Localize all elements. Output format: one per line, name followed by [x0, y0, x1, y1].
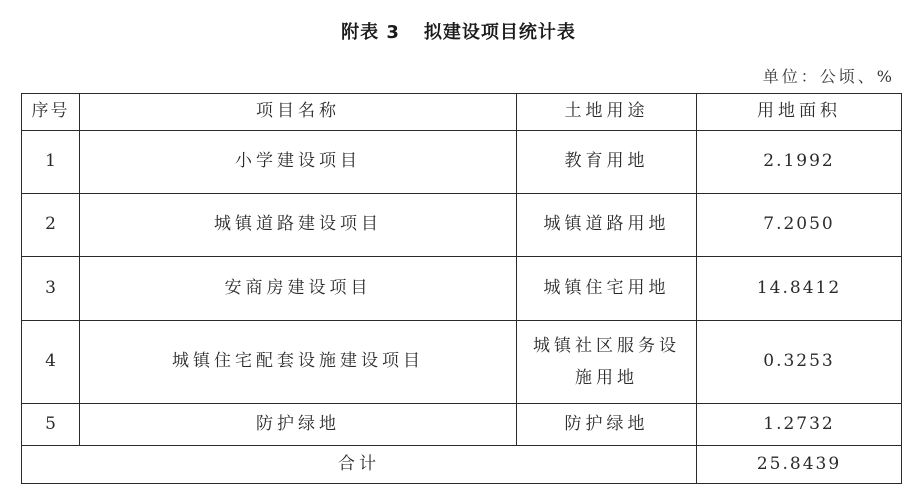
row-use-line2: 施用地 [517, 362, 696, 394]
row-use-line1: 城镇社区服务设 [517, 330, 696, 362]
title-main: 拟建设项目统计表 [424, 22, 576, 43]
row-name: 城镇住宅配套设施建设项目 [80, 321, 517, 404]
project-statistics-table: 序号 项目名称 土地用途 用地面积 1 小学建设项目 教育用地 2.1992 2… [21, 93, 902, 484]
row-use: 城镇道路用地 [517, 194, 697, 257]
row-index: 3 [22, 257, 80, 321]
row-index: 1 [22, 131, 80, 194]
total-row: 合计 25.8439 [22, 446, 902, 484]
row-use: 城镇社区服务设 施用地 [517, 321, 697, 404]
row-use: 教育用地 [517, 131, 697, 194]
row-area: 7.2050 [697, 194, 902, 257]
title-prefix: 附表 3 [341, 22, 400, 43]
header-area: 用地面积 [697, 94, 902, 131]
header-use: 土地用途 [517, 94, 697, 131]
table-row: 3 安商房建设项目 城镇住宅用地 14.8412 [22, 257, 902, 321]
row-name: 小学建设项目 [80, 131, 517, 194]
document-title: 附表 3拟建设项目统计表 [0, 18, 917, 44]
table-row: 1 小学建设项目 教育用地 2.1992 [22, 131, 902, 194]
header-index: 序号 [22, 94, 80, 131]
row-name: 防护绿地 [80, 404, 517, 446]
table-row: 2 城镇道路建设项目 城镇道路用地 7.2050 [22, 194, 902, 257]
total-label: 合计 [22, 446, 697, 484]
row-area: 1.2732 [697, 404, 902, 446]
row-area: 14.8412 [697, 257, 902, 321]
row-area: 0.3253 [697, 321, 902, 404]
row-area: 2.1992 [697, 131, 902, 194]
header-row: 序号 项目名称 土地用途 用地面积 [22, 94, 902, 131]
header-name: 项目名称 [80, 94, 517, 131]
row-use: 城镇住宅用地 [517, 257, 697, 321]
row-name: 城镇道路建设项目 [80, 194, 517, 257]
row-index: 2 [22, 194, 80, 257]
row-index: 4 [22, 321, 80, 404]
row-name: 安商房建设项目 [80, 257, 517, 321]
table-row: 5 防护绿地 防护绿地 1.2732 [22, 404, 902, 446]
unit-note: 单位：公顷、% [763, 64, 895, 87]
total-area: 25.8439 [697, 446, 902, 484]
row-use: 防护绿地 [517, 404, 697, 446]
row-index: 5 [22, 404, 80, 446]
table-row: 4 城镇住宅配套设施建设项目 城镇社区服务设 施用地 0.3253 [22, 321, 902, 404]
